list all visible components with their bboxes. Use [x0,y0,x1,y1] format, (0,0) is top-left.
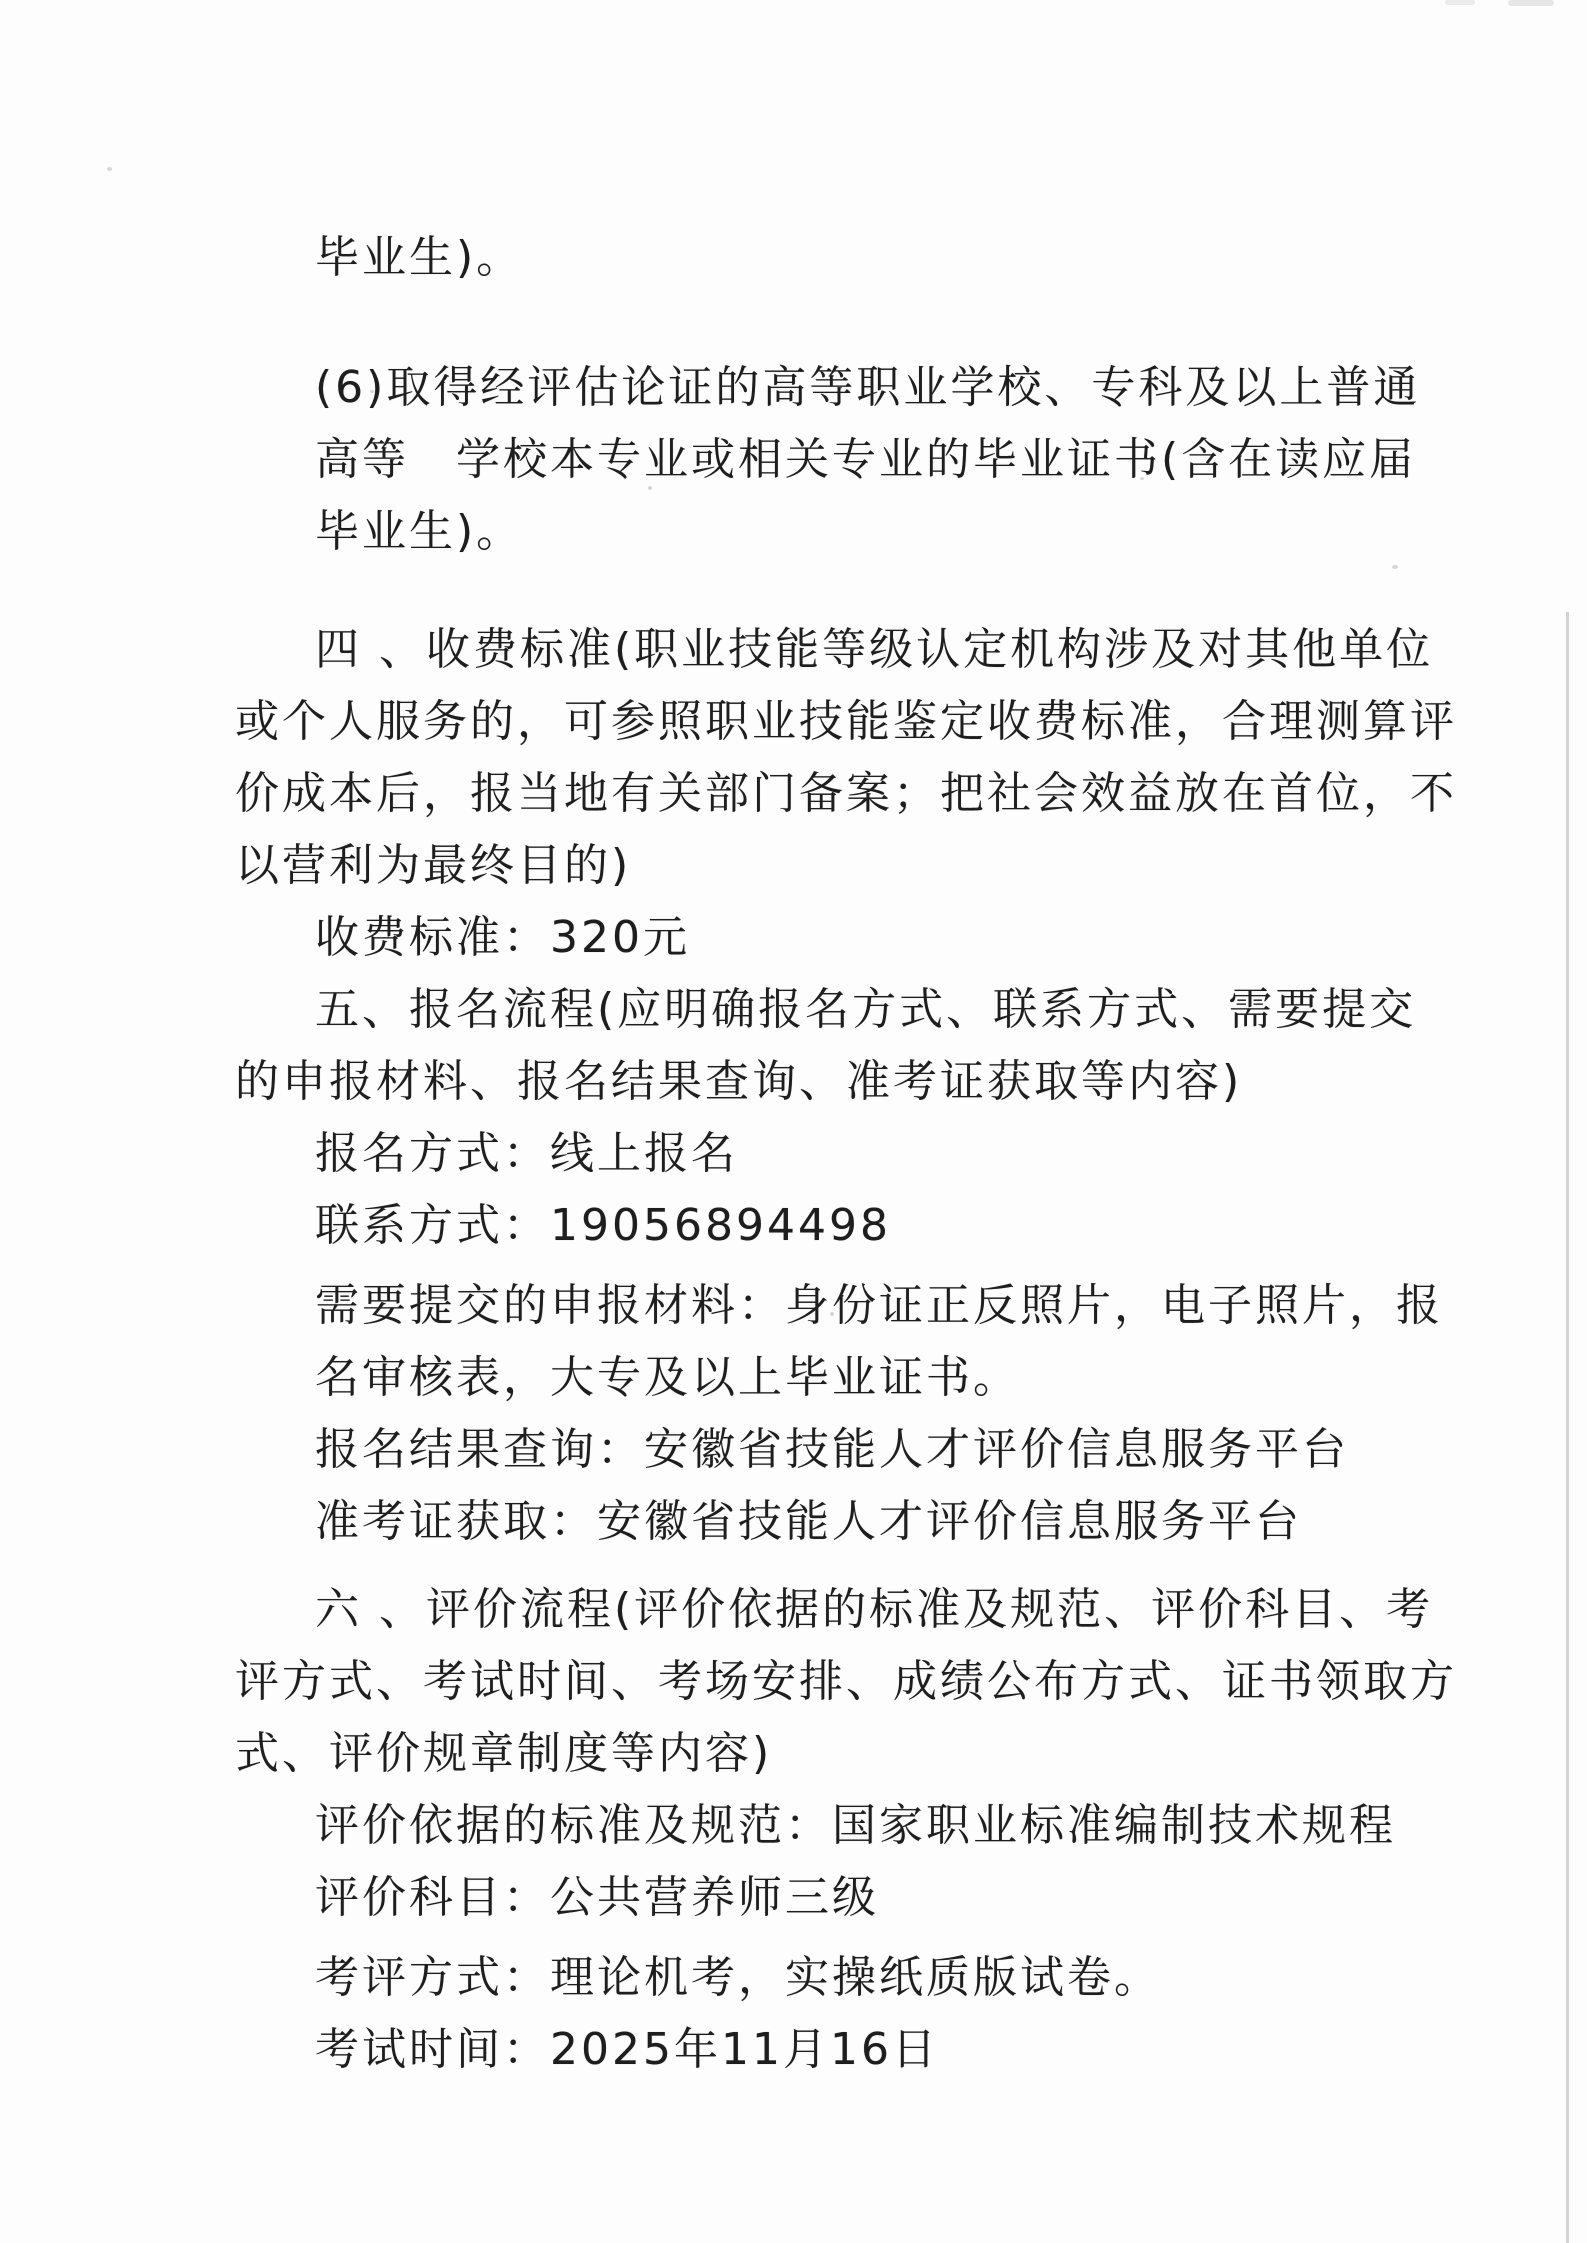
admission-ticket-line: 准考证获取：安徽省技能人才评价信息服务平台 [235,1486,1445,1558]
contact-phone-line: 联系方式：19056894498 [235,1190,1445,1262]
section-5-heading-line: 五、报名流程(应明确报名方式、联系方式、需要提交 [235,974,1445,1046]
evaluation-subject-line: 评价科目：公共营养师三级 [235,1862,1445,1934]
document-text-block: 毕业生)。 (6)取得经评估论证的高等职业学校、专科及以上普通 高等 学校本专业… [235,222,1445,2086]
scan-edge-line [1566,612,1569,2243]
result-query-line: 报名结果查询：安徽省技能人才评价信息服务平台 [235,1414,1445,1486]
required-materials-line-2: 名审核表，大专及以上毕业证书。 [235,1342,1445,1414]
scan-speck [107,167,112,171]
section-4-body-line: 以营利为最终目的) [235,830,1445,902]
item-6-line-3: 毕业生)。 [235,496,1445,568]
text-line-continuation-prev-page: 毕业生)。 [235,222,1445,294]
section-4-body-line: 价成本后，报当地有关部门备案；把社会效益放在首位，不 [235,758,1445,830]
required-materials-line-1: 需要提交的申报材料：身份证正反照片，电子照片，报 [235,1270,1445,1342]
section-6-body-line: 式、评价规章制度等内容) [235,1718,1445,1790]
section-4-heading-line: 四 、收费标准(职业技能等级认定机构涉及对其他单位 [235,614,1445,686]
exam-date-line: 考试时间：2025年11月16日 [235,2014,1445,2086]
section-6-body-line: 评方式、考试时间、考场安排、成绩公布方式、证书领取方 [235,1646,1445,1718]
item-6-line-1: (6)取得经评估论证的高等职业学校、专科及以上普通 [235,352,1445,424]
evaluation-standard-line: 评价依据的标准及规范：国家职业标准编制技术规程 [235,1790,1445,1862]
item-6-line-2: 高等 学校本专业或相关专业的毕业证书(含在读应届 [235,424,1445,496]
scanned-document-page: 毕业生)。 (6)取得经评估论证的高等职业学校、专科及以上普通 高等 学校本专业… [0,0,1587,2243]
scan-smudge [1445,0,1475,5]
registration-method-line: 报名方式：线上报名 [235,1118,1445,1190]
section-5-body-line: 的申报材料、报名结果查询、准考证获取等内容) [235,1046,1445,1118]
section-6-heading-line: 六 、评价流程(评价依据的标准及规范、评价科目、考 [235,1574,1445,1646]
scan-smudge [1508,0,1554,6]
section-4-body-line: 或个人服务的，可参照职业技能鉴定收费标准，合理测算评 [235,686,1445,758]
assessment-method-line: 考评方式：理论机考，实操纸质版试卷。 [235,1942,1445,2014]
fee-standard-line: 收费标准：320元 [235,902,1445,974]
